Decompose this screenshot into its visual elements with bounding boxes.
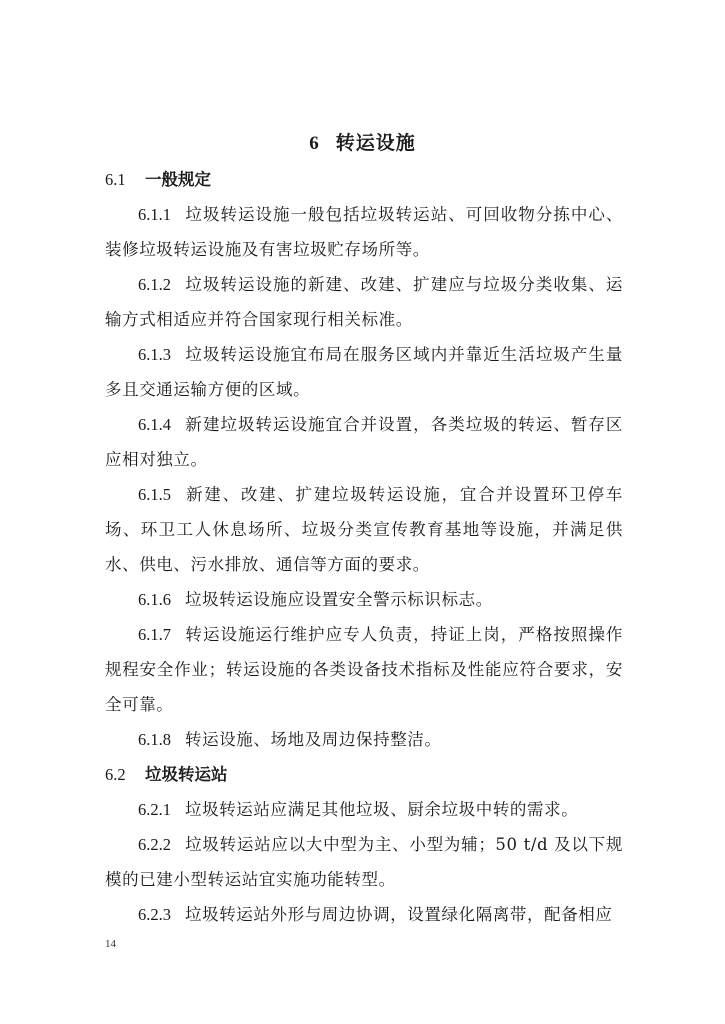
- clause: 6.1.8转运设施、场地及周边保持整洁。: [105, 722, 623, 757]
- clause-text: 新建、改建、扩建垃圾转运设施，宜合并设置环卫停车场、环卫工人休息场所、垃圾分类宣…: [105, 485, 623, 574]
- clause-number: 6.1.3: [138, 345, 171, 364]
- page-number: 14: [105, 938, 116, 950]
- clause-number: 6.2.1: [138, 800, 171, 819]
- clause-number: 6.2.2: [138, 835, 171, 854]
- clause-number: 6.1.5: [138, 485, 171, 504]
- clause-text: 新建垃圾转运设施宜合并设置，各类垃圾的转运、暂存区应相对独立。: [105, 415, 623, 469]
- clause: 6.1.6垃圾转运设施应设置安全警示标识标志。: [105, 582, 623, 617]
- clause-number: 6.1.4: [138, 415, 171, 434]
- chapter-title-text: 转运设施: [336, 132, 416, 154]
- clause-number: 6.1.8: [138, 730, 171, 749]
- clause-text: 垃圾转运站应满足其他垃圾、厨余垃圾中转的需求。: [185, 800, 578, 819]
- section-number: 6.2: [105, 757, 145, 792]
- clause: 6.1.5新建、改建、扩建垃圾转运设施，宜合并设置环卫停车场、环卫工人休息场所、…: [105, 477, 623, 582]
- clause-text: 转运设施、场地及周边保持整洁。: [185, 730, 442, 749]
- clause-text: 垃圾转运站应以大中型为主、小型为辅；50 t/d 及以下规模的已建小型转运站宜实…: [105, 835, 623, 889]
- document-body: 6.1一般规定 6.1.1垃圾转运设施一般包括垃圾转运站、可回收物分拣中心、装修…: [105, 162, 623, 932]
- clause: 6.2.1垃圾转运站应满足其他垃圾、厨余垃圾中转的需求。: [105, 792, 623, 827]
- clause-number: 6.1.2: [138, 275, 171, 294]
- section-title: 一般规定: [145, 170, 211, 189]
- clause-text: 垃圾转运设施宜布局在服务区域内并靠近生活垃圾产生量多且交通运输方便的区域。: [105, 345, 623, 399]
- section-heading: 6.1一般规定: [105, 162, 623, 197]
- clause: 6.1.1垃圾转运设施一般包括垃圾转运站、可回收物分拣中心、装修垃圾转运设施及有…: [105, 197, 623, 267]
- clause-text: 垃圾转运站外形与周边协调，设置绿化隔离带，配备相应: [185, 905, 613, 924]
- clause-number: 6.1.6: [138, 590, 171, 609]
- clause-number: 6.2.3: [138, 905, 171, 924]
- clause-number: 6.1.7: [138, 625, 171, 644]
- clause-number: 6.1.1: [138, 205, 171, 224]
- clause-text: 转运设施运行维护应专人负责，持证上岗，严格按照操作规程安全作业；转运设施的各类设…: [105, 625, 623, 714]
- clause: 6.2.2垃圾转运站应以大中型为主、小型为辅；50 t/d 及以下规模的已建小型…: [105, 827, 623, 897]
- clause: 6.1.3垃圾转运设施宜布局在服务区域内并靠近生活垃圾产生量多且交通运输方便的区…: [105, 337, 623, 407]
- clause: 6.1.7转运设施运行维护应专人负责，持证上岗，严格按照操作规程安全作业；转运设…: [105, 617, 623, 722]
- clause-text: 垃圾转运设施的新建、改建、扩建应与垃圾分类收集、运输方式相适应并符合国家现行相关…: [105, 275, 623, 329]
- clause: 6.1.4新建垃圾转运设施宜合并设置，各类垃圾的转运、暂存区应相对独立。: [105, 407, 623, 477]
- document-page: 6转运设施 6.1一般规定 6.1.1垃圾转运设施一般包括垃圾转运站、可回收物分…: [0, 0, 725, 1024]
- clause: 6.2.3垃圾转运站外形与周边协调，设置绿化隔离带，配备相应: [105, 897, 623, 932]
- section-heading: 6.2垃圾转运站: [105, 757, 623, 792]
- section-number: 6.1: [105, 162, 145, 197]
- clause-text: 垃圾转运设施一般包括垃圾转运站、可回收物分拣中心、装修垃圾转运设施及有害垃圾贮存…: [105, 205, 623, 259]
- chapter-number: 6: [309, 133, 320, 154]
- section-title: 垃圾转运站: [145, 765, 228, 784]
- chapter-title: 6转运设施: [0, 128, 725, 155]
- clause: 6.1.2垃圾转运设施的新建、改建、扩建应与垃圾分类收集、运输方式相适应并符合国…: [105, 267, 623, 337]
- clause-text: 垃圾转运设施应设置安全警示标识标志。: [185, 590, 493, 609]
